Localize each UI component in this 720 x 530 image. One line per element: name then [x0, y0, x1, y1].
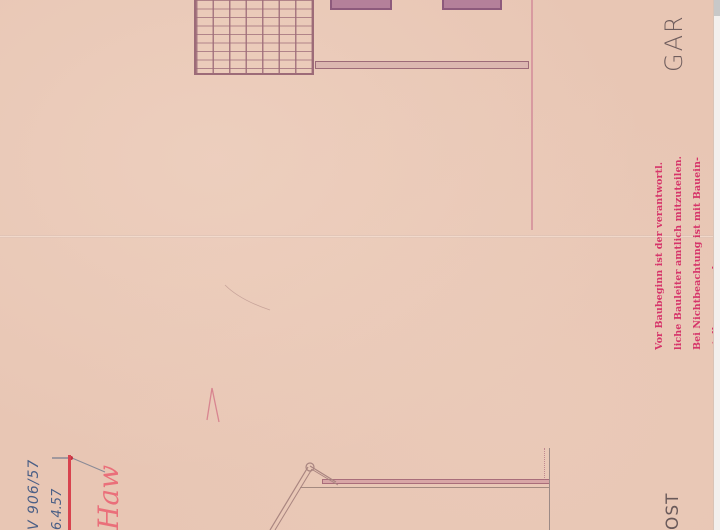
- scan-edge-tab: [714, 0, 720, 16]
- red-margin-rule: [68, 455, 71, 530]
- scan-edge: [713, 0, 720, 530]
- drawing-linework: [0, 0, 720, 530]
- view-title-garage: GAR: [660, 0, 696, 75]
- building-authority-stamp: Vor Baubeginn ist der verantwortl. liche…: [650, 98, 720, 350]
- drawing-sheet: GAR Vor Baubeginn ist der verantwortl. l…: [0, 0, 720, 530]
- stamp-line: liche Bauleiter amtlich mitzuteilen.: [669, 98, 688, 350]
- stamp-line: Vor Baubeginn ist der verantwortl.: [650, 98, 669, 350]
- stamp-line: Bei Nichtbeachtung ist mit Bauein-: [688, 98, 707, 350]
